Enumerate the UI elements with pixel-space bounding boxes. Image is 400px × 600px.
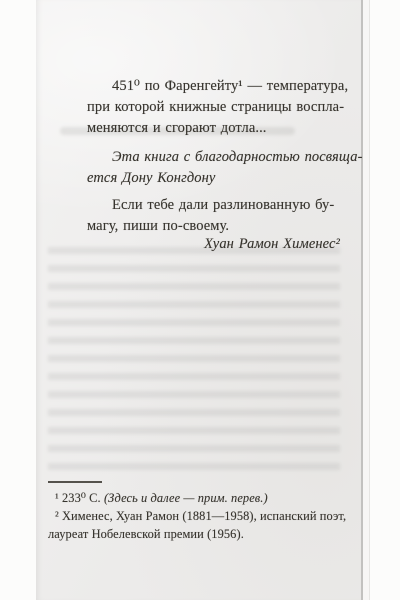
dedication-line: Эта книга с благодарностью посвяща- bbox=[87, 147, 340, 168]
quote-line: 451⁰ по Фаренгейту¹ — температура, bbox=[87, 76, 340, 97]
bleed-through-text-block bbox=[48, 247, 340, 477]
page-edge-shadow bbox=[363, 0, 370, 600]
footnote-2-line: ² Хименес, Хуан Рамон (1881—1958), испан… bbox=[48, 507, 350, 525]
dedication-line: ется Дону Конгдону bbox=[87, 168, 340, 189]
footnote-1-text: ¹ 233⁰ С. bbox=[55, 491, 104, 505]
book-page: 451⁰ по Фаренгейту¹ — температура, при к… bbox=[36, 0, 363, 600]
footnote-1-note: (Здесь и далее — прим. перев.) bbox=[104, 491, 268, 505]
footnotes-block: ¹ 233⁰ С. (Здесь и далее — прим. перев.)… bbox=[48, 481, 350, 543]
fahrenheit-quote: 451⁰ по Фаренгейту¹ — температура, при к… bbox=[87, 76, 340, 139]
quote-line: меняются и сгорают дотла... bbox=[87, 118, 340, 139]
footnote-2-line: лауреат Нобелевской премии (1956). bbox=[48, 525, 350, 543]
quote-attribution: Хуан Рамон Хименес² bbox=[87, 234, 340, 255]
quote-line: при которой книжные страницы воспла- bbox=[87, 97, 340, 118]
footnote-divider bbox=[48, 481, 102, 483]
dedication: Эта книга с благодарностью посвяща- ется… bbox=[87, 147, 340, 189]
motto-line: Если тебе дали разлинованную бу- bbox=[87, 195, 340, 216]
epigraph-block: 451⁰ по Фаренгейту¹ — температура, при к… bbox=[87, 76, 340, 255]
scanned-book-photo: 451⁰ по Фаренгейту¹ — температура, при к… bbox=[0, 0, 400, 600]
footnote-1: ¹ 233⁰ С. (Здесь и далее — прим. перев.) bbox=[48, 489, 350, 507]
motto-quote: Если тебе дали разлинованную бу- магу, п… bbox=[87, 195, 340, 237]
